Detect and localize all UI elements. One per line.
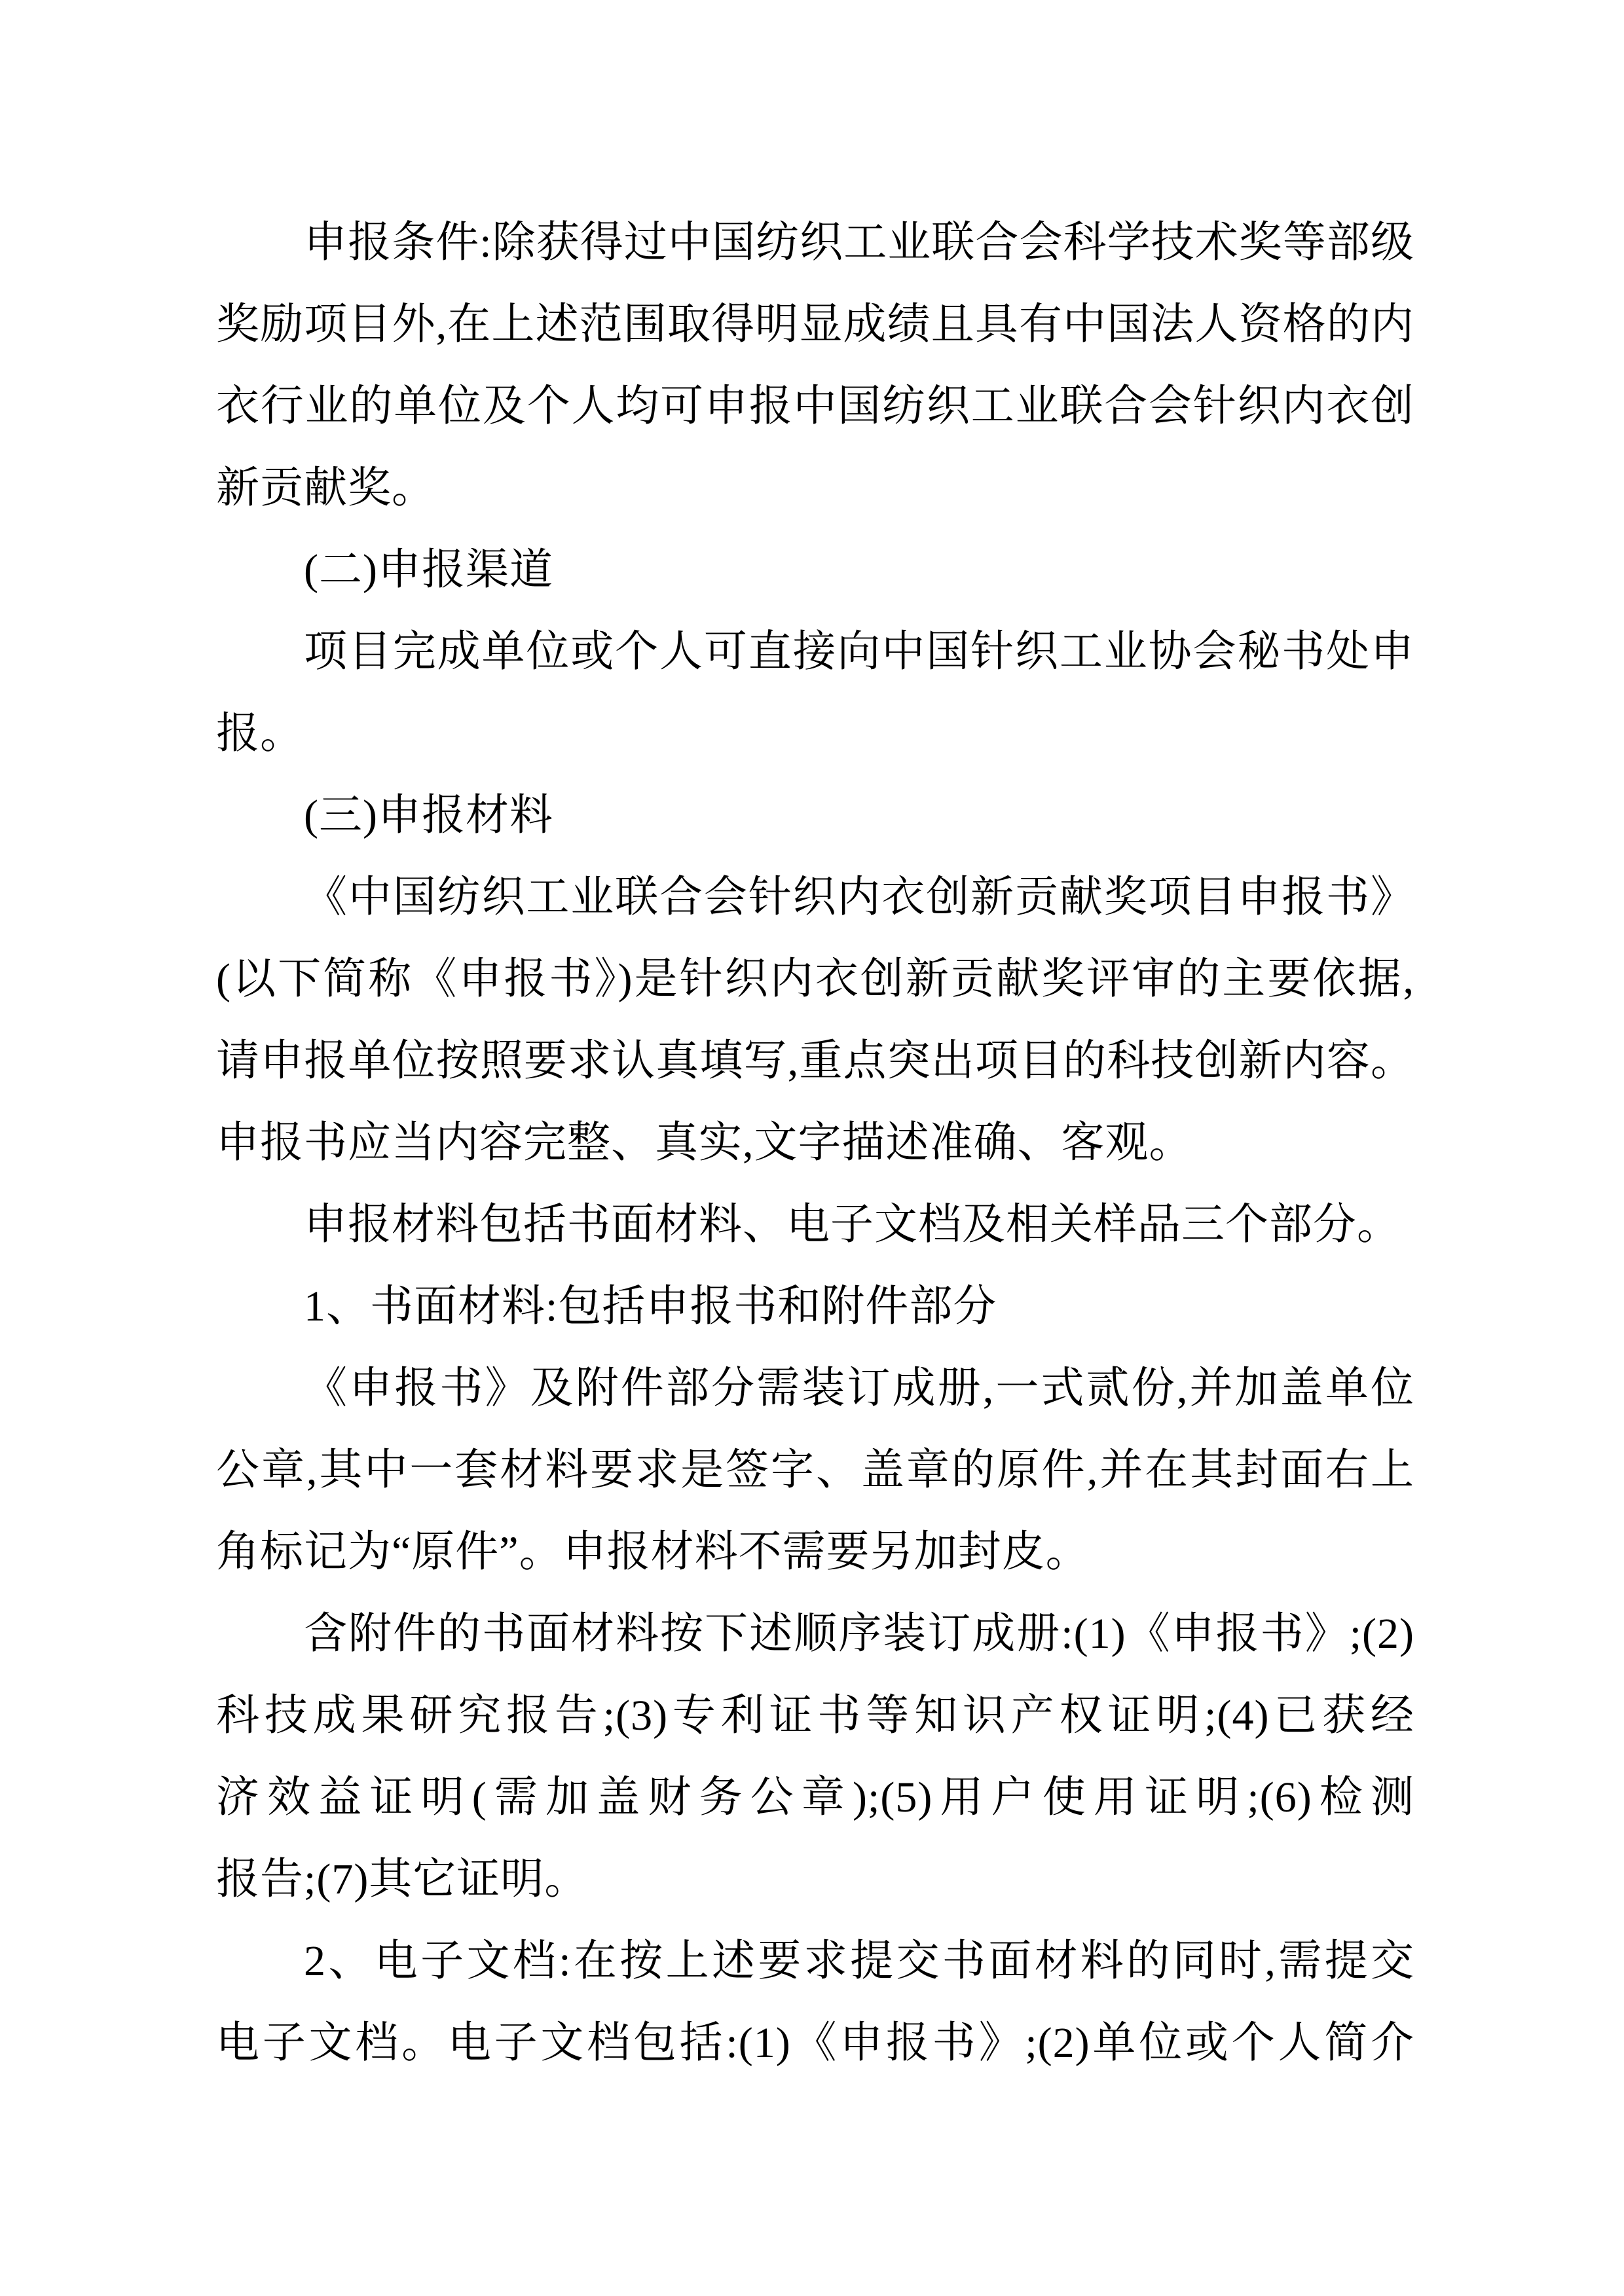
doc-line: 请申报单位按照要求认真填写,重点突出项目的科技创新内容。 — [216, 1020, 1414, 1102]
doc-line-section-heading: (三)申报材料 — [216, 774, 1414, 856]
doc-line: 济效益证明(需加盖财务公章);(5)用户使用证明;(6)检测 — [216, 1757, 1414, 1838]
doc-line-section-heading: (二)申报渠道 — [216, 529, 1414, 611]
doc-line: 申报条件:除获得过中国纺织工业联合会科学技术奖等部级 — [216, 202, 1414, 283]
document-text-block: 申报条件:除获得过中国纺织工业联合会科学技术奖等部级 奖励项目外,在上述范围取得… — [216, 202, 1414, 2084]
doc-line: 报。 — [216, 693, 1414, 774]
doc-line: 公章,其中一套材料要求是签字、盖章的原件,并在其封面右上 — [216, 1429, 1414, 1511]
doc-line: 含附件的书面材料按下述顺序装订成册:(1)《申报书》;(2) — [216, 1593, 1414, 1675]
doc-line-list-item: 2、电子文档:在按上述要求提交书面材料的同时,需提交 — [216, 1920, 1414, 2002]
document-page: 申报条件:除获得过中国纺织工业联合会科学技术奖等部级 奖励项目外,在上述范围取得… — [0, 0, 1624, 2296]
doc-line: 衣行业的单位及个人均可申报中国纺织工业联合会针织内衣创 — [216, 365, 1414, 447]
doc-line: 项目完成单位或个人可直接向中国针织工业协会秘书处申 — [216, 611, 1414, 693]
doc-line: 电子文档。电子文档包括:(1)《申报书》;(2)单位或个人简介 — [216, 2002, 1414, 2084]
doc-line: 《申报书》及附件部分需装订成册,一式贰份,并加盖单位 — [216, 1347, 1414, 1429]
doc-line: 报告;(7)其它证明。 — [216, 1838, 1414, 1920]
doc-line: (以下简称《申报书》)是针织内衣创新贡献奖评审的主要依据, — [216, 938, 1414, 1020]
doc-line: 申报材料包括书面材料、电子文档及相关样品三个部分。 — [216, 1184, 1414, 1266]
doc-line: 新贡献奖。 — [216, 447, 1414, 529]
doc-line: 《中国纺织工业联合会针织内衣创新贡献奖项目申报书》 — [216, 856, 1414, 938]
doc-line: 科技成果研究报告;(3)专利证书等知识产权证明;(4)已获经 — [216, 1675, 1414, 1757]
doc-line: 角标记为“原件”。申报材料不需要另加封皮。 — [216, 1511, 1414, 1593]
doc-line-list-item: 1、书面材料:包括申报书和附件部分 — [216, 1266, 1414, 1347]
doc-line: 奖励项目外,在上述范围取得明显成绩且具有中国法人资格的内 — [216, 283, 1414, 365]
doc-line: 申报书应当内容完整、真实,文字描述准确、客观。 — [216, 1102, 1414, 1184]
